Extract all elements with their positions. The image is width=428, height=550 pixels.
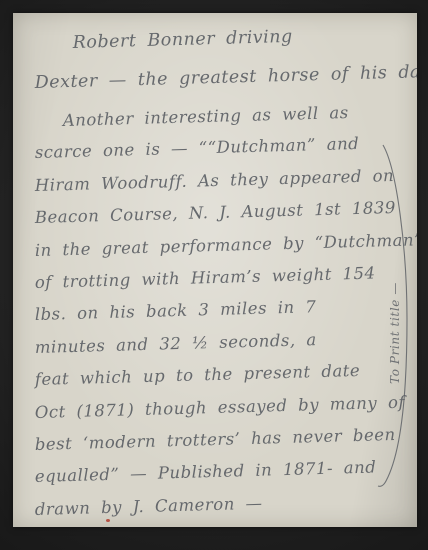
- margin-note: To Print title —: [388, 253, 404, 413]
- handwriting-block: Robert Bonner driving Dexter — the great…: [35, 33, 409, 527]
- red-mark: [106, 519, 110, 522]
- photo-background: Robert Bonner driving Dexter — the great…: [0, 0, 428, 550]
- manuscript-paper: Robert Bonner driving Dexter — the great…: [13, 13, 417, 527]
